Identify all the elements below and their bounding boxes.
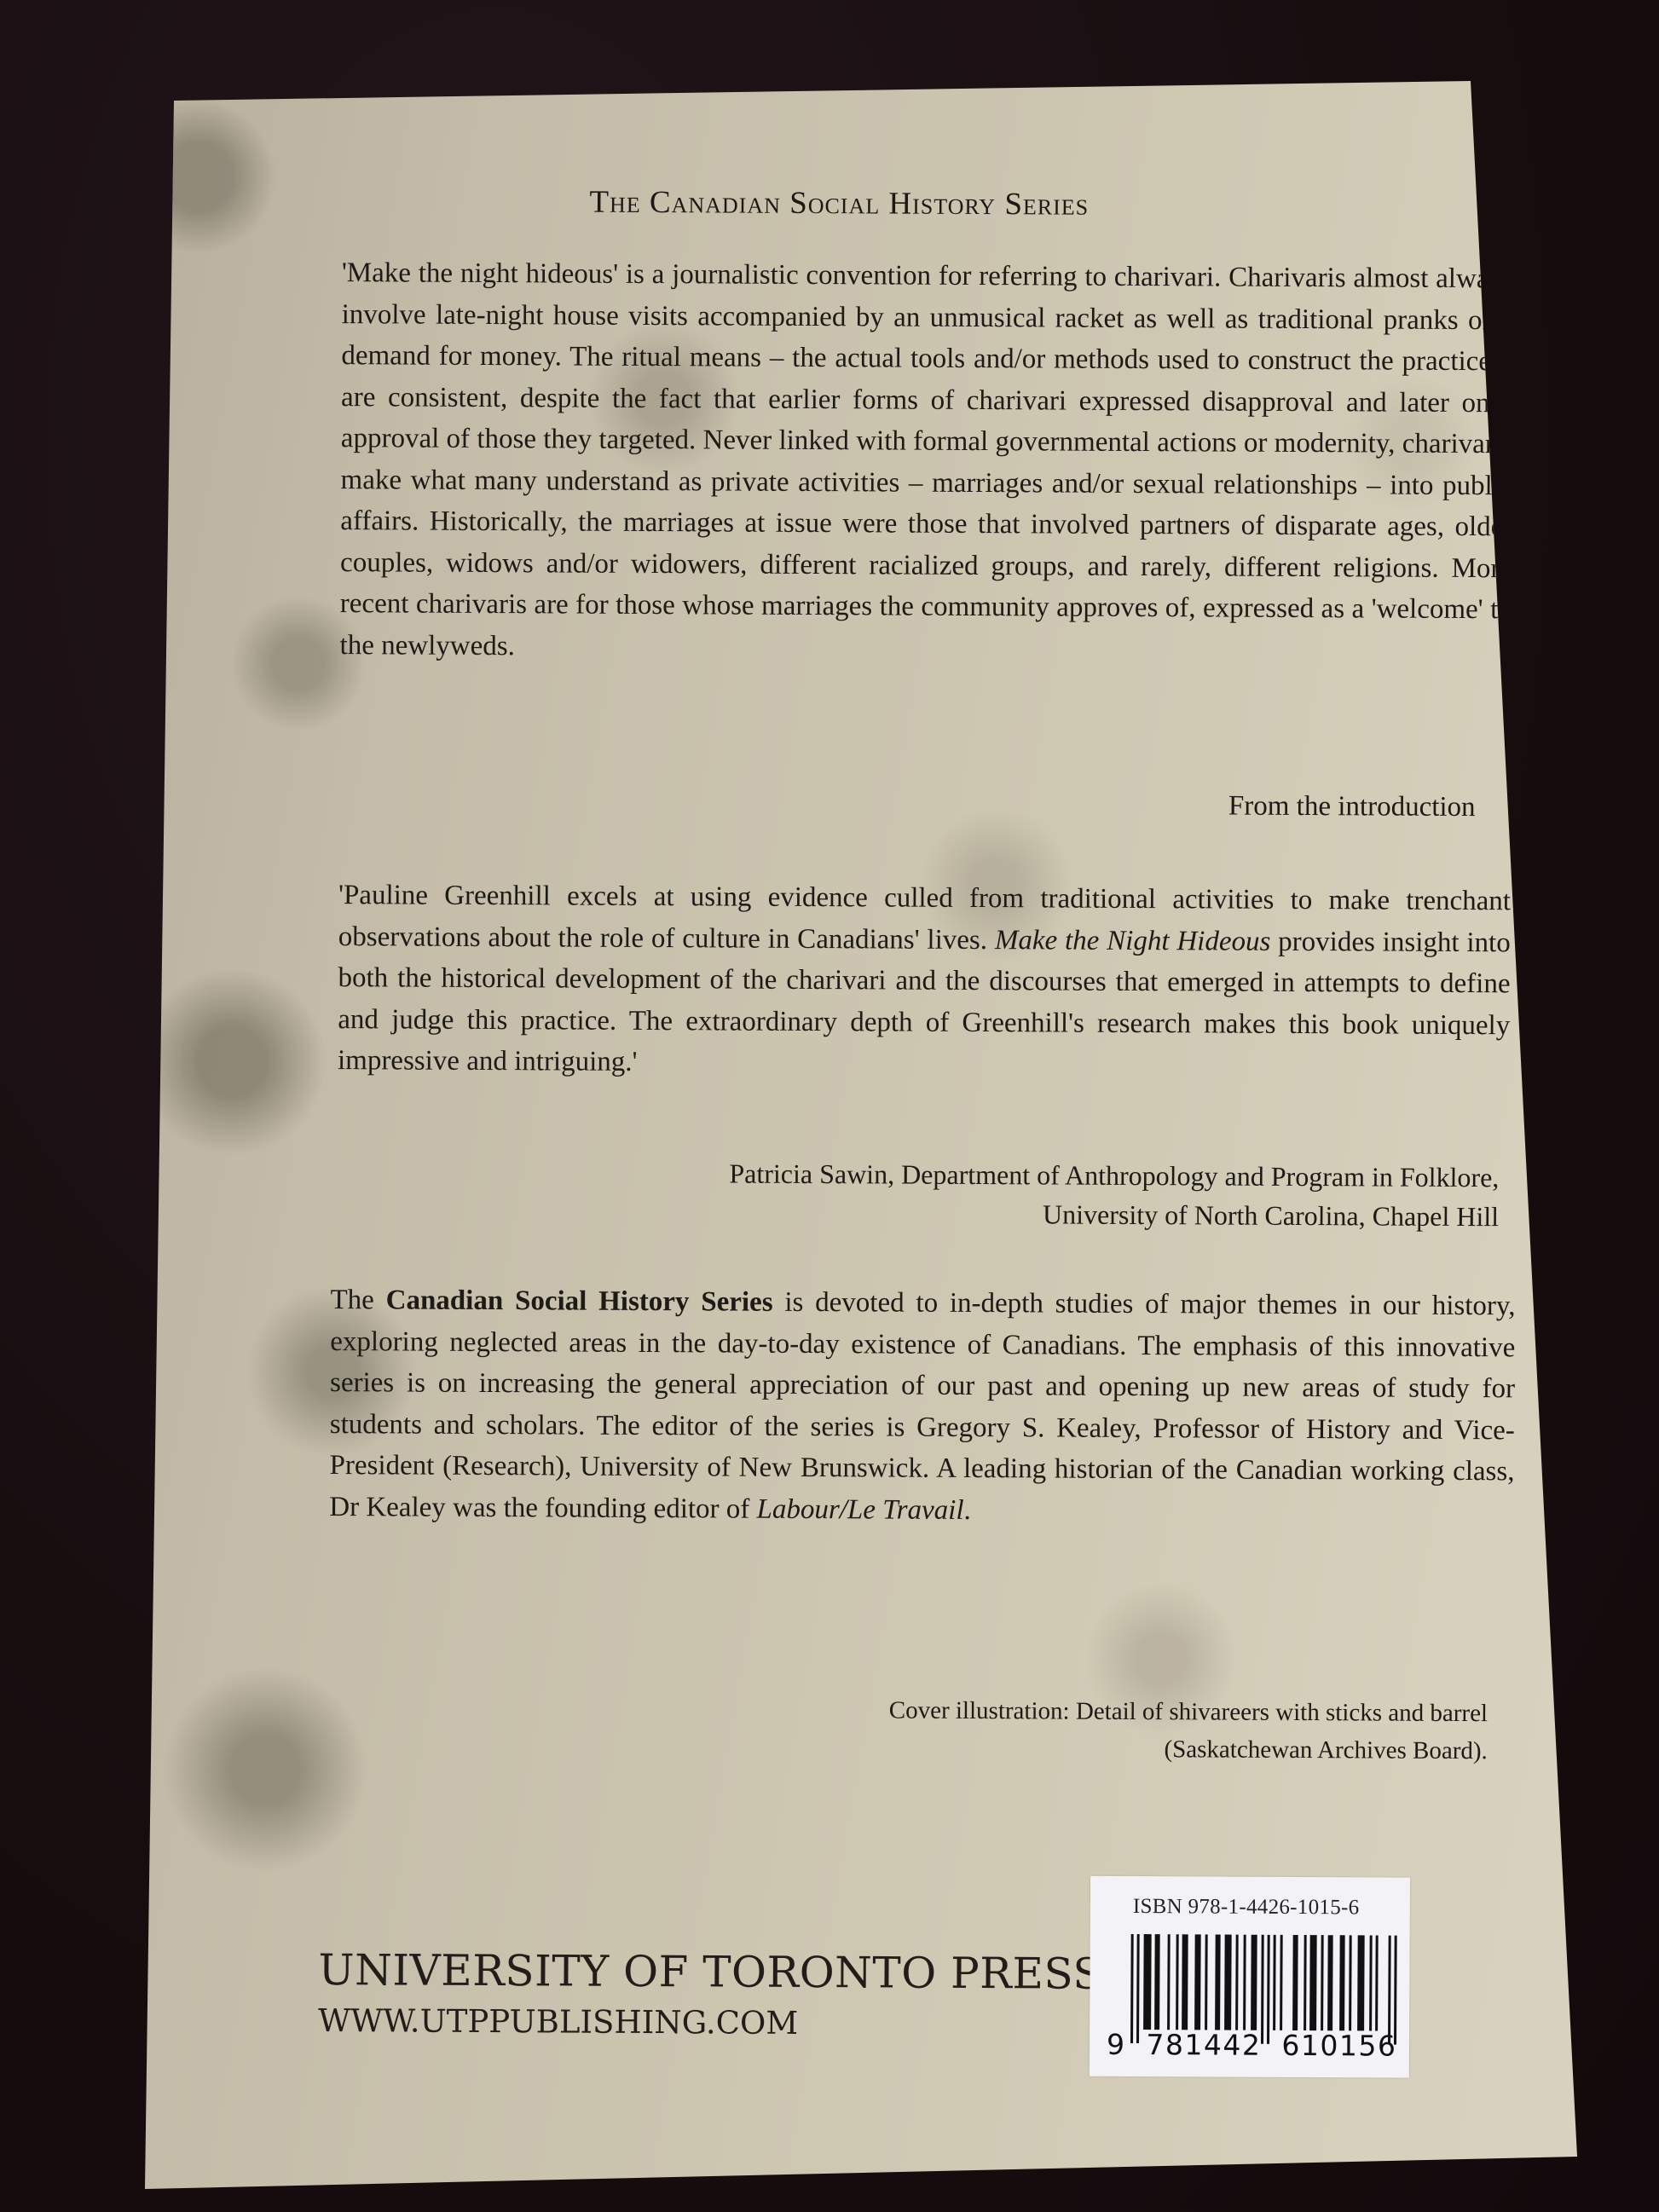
series-desc-end: . [963,1494,970,1525]
series-name: Canadian Social History Series [386,1285,773,1317]
cover-credit-line2: (Saskatchewan Archives Board). [888,1729,1487,1770]
blurb-attribution-line1: Patricia Sawin, Department of Anthropolo… [729,1154,1499,1198]
book-back-cover: The Canadian Social History Series 'Make… [0,0,1659,2212]
publisher-block: UNIVERSITY OF TORONTO PRESS WWW.UTPPUBLI… [318,1944,1102,2047]
barcode-icon [1130,1934,1397,2031]
publisher-url: WWW.UTPPUBLISHING.COM [318,1999,1102,2047]
series-desc-lead: The [330,1285,385,1315]
intro-excerpt-text: 'Make the night hideous' is a journalist… [339,252,1514,672]
blurb-attribution: Patricia Sawin, Department of Anthropolo… [729,1154,1499,1237]
series-desc-body: is devoted to in-depth studies of major … [329,1287,1515,1524]
review-blurb: 'Pauline Greenhill excels at using evide… [338,875,1511,1088]
cover-illustration-credit: Cover illustration: Detail of shivareers… [888,1691,1488,1770]
barcode-digits: 9 781442 610156 [1107,2028,1397,2063]
series-title: The Canadian Social History Series [161,182,1517,225]
publisher-name: UNIVERSITY OF TORONTO PRESS [318,1944,1102,2000]
isbn-barcode-label: ISBN 978-1-4426-1015-6 [1090,1876,1410,2078]
blurb-attribution-line2: University of North Carolina, Chapel Hil… [729,1193,1499,1237]
blurb-book-title: Make the Night Hideous [995,925,1271,957]
intro-attribution: From the introduction [1228,788,1476,827]
journal-title: Labour/Le Travail [756,1493,963,1525]
series-description: The Canadian Social History Series is de… [329,1279,1516,1533]
isbn-text: ISBN 978-1-4426-1015-6 [1133,1895,1360,1920]
cover-credit-line1: Cover illustration: Detail of shivareers… [889,1691,1488,1732]
cover-content: The Canadian Social History Series 'Make… [151,90,1560,2186]
intro-excerpt: 'Make the night hideous' is a journalist… [339,252,1514,672]
